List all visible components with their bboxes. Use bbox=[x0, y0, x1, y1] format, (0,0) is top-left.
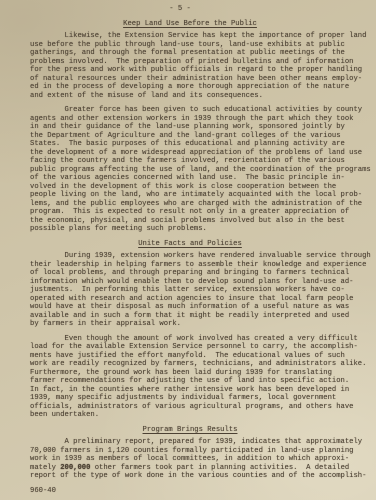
text-line: justments. In performing this latter ser… bbox=[30, 286, 376, 295]
text-line: operated with research and action agenci… bbox=[30, 295, 376, 304]
text-line: would have at their disposal as much inf… bbox=[30, 303, 376, 312]
paragraph: A preliminary report, prepared for 1939,… bbox=[30, 438, 376, 481]
text-line: lems, and the public employees who are c… bbox=[30, 200, 376, 209]
document-body: Keep Land Use Before the Public Likewise… bbox=[30, 20, 376, 481]
text-line: 1939, many specific adjustments by indiv… bbox=[30, 394, 376, 403]
text-line: farmer recommendations for adjusting the… bbox=[30, 377, 376, 386]
document-page: { "page": { "number": "- 5 -", "footer_c… bbox=[0, 0, 376, 500]
section-heading: Keep Land Use Before the Public bbox=[30, 20, 350, 29]
text-line: In fact, in the counties where rather in… bbox=[30, 386, 376, 395]
text-line: the economic, physical, and social probl… bbox=[30, 217, 376, 226]
text-line: program. This is expected to result not … bbox=[30, 208, 376, 217]
text-line: their leadership in helping farmers to a… bbox=[30, 261, 376, 270]
overstruck-number: 200,000 bbox=[60, 464, 90, 472]
text-line: the Department of Agriculture and the la… bbox=[30, 132, 376, 141]
text-line: agents and other extension workers in 19… bbox=[30, 115, 376, 124]
paragraph: Even though the amount of work involved … bbox=[30, 335, 376, 420]
text-line: in and their guidance of the land-use pl… bbox=[30, 123, 376, 132]
text-line: Greater force has been given to such edu… bbox=[30, 106, 376, 115]
text-line: of local problems, and through preparing… bbox=[30, 269, 376, 278]
text-line: volved in the development of this work i… bbox=[30, 183, 376, 192]
text-line: ments have justified the effort manyfold… bbox=[30, 352, 376, 361]
text-line: of the various agencies concerned with l… bbox=[30, 174, 376, 183]
section: Program Brings Results A preliminary rep… bbox=[30, 426, 376, 481]
text-line: ed in the process of developing a more t… bbox=[30, 83, 376, 92]
text-line: report of the type of work done in the v… bbox=[30, 472, 376, 481]
text-line: officials, administrators of various agr… bbox=[30, 403, 376, 412]
text-line: of natural resources under their adminis… bbox=[30, 75, 376, 84]
text-line: mately 200,000 other farmers took part i… bbox=[30, 464, 376, 473]
text-line: people living on the land, who are intim… bbox=[30, 191, 376, 200]
section: Unite Facts and Policies During 1939, ex… bbox=[30, 240, 376, 420]
text-line: possible plans for meeting such problems… bbox=[30, 225, 376, 234]
text-line: information which would enable them to d… bbox=[30, 278, 376, 287]
text-line: Furthermore, the ground work has been la… bbox=[30, 369, 376, 378]
text-line: problems involved. The preparation of pr… bbox=[30, 58, 376, 67]
paragraph: During 1939, extension workers have rend… bbox=[30, 252, 376, 329]
text-line: gatherings, and through the formal prese… bbox=[30, 49, 376, 58]
text-line: use before the public through land-use t… bbox=[30, 41, 376, 50]
text-line: been undertaken. bbox=[30, 411, 376, 420]
document-sheet: - 5 - Keep Land Use Before the Public Li… bbox=[0, 0, 376, 495]
text-line: Even though the amount of work involved … bbox=[30, 335, 376, 344]
text-line: available and in such a form that it mig… bbox=[30, 312, 376, 321]
text-line: and extent of the misuse of land and its… bbox=[30, 92, 376, 101]
paragraph: Greater force has been given to such edu… bbox=[30, 106, 376, 234]
text-line: During 1939, extension workers have rend… bbox=[30, 252, 376, 261]
text-line: facing the country and the farmers invol… bbox=[30, 157, 376, 166]
text-line: States. The basic purposes of this educa… bbox=[30, 140, 376, 149]
text-line: by farmers in their appraisal work. bbox=[30, 320, 376, 329]
text-line: public programs affecting the use of lan… bbox=[30, 166, 376, 175]
section-heading: Unite Facts and Policies bbox=[30, 240, 350, 249]
footer-code: 960-40 bbox=[30, 487, 376, 496]
text-line: Likewise, the Extension Service has kept… bbox=[30, 32, 376, 41]
section: Keep Land Use Before the Public Likewise… bbox=[30, 20, 376, 234]
text-line: for the press and work with public offic… bbox=[30, 66, 376, 75]
text-line: load for the available Extension Service… bbox=[30, 343, 376, 352]
text-line: A preliminary report, prepared for 1939,… bbox=[30, 438, 376, 447]
section-heading: Program Brings Results bbox=[30, 426, 350, 435]
text-line: work are readily recognized by farmers, … bbox=[30, 360, 376, 369]
text-line: work in 1939 as members of local committ… bbox=[30, 455, 376, 464]
text-line: 70,000 farmers in 1,120 counties formall… bbox=[30, 447, 376, 456]
paragraph: Likewise, the Extension Service has kept… bbox=[30, 32, 376, 100]
page-number: - 5 - bbox=[30, 5, 330, 14]
text-line: the development of a more widespread app… bbox=[30, 149, 376, 158]
